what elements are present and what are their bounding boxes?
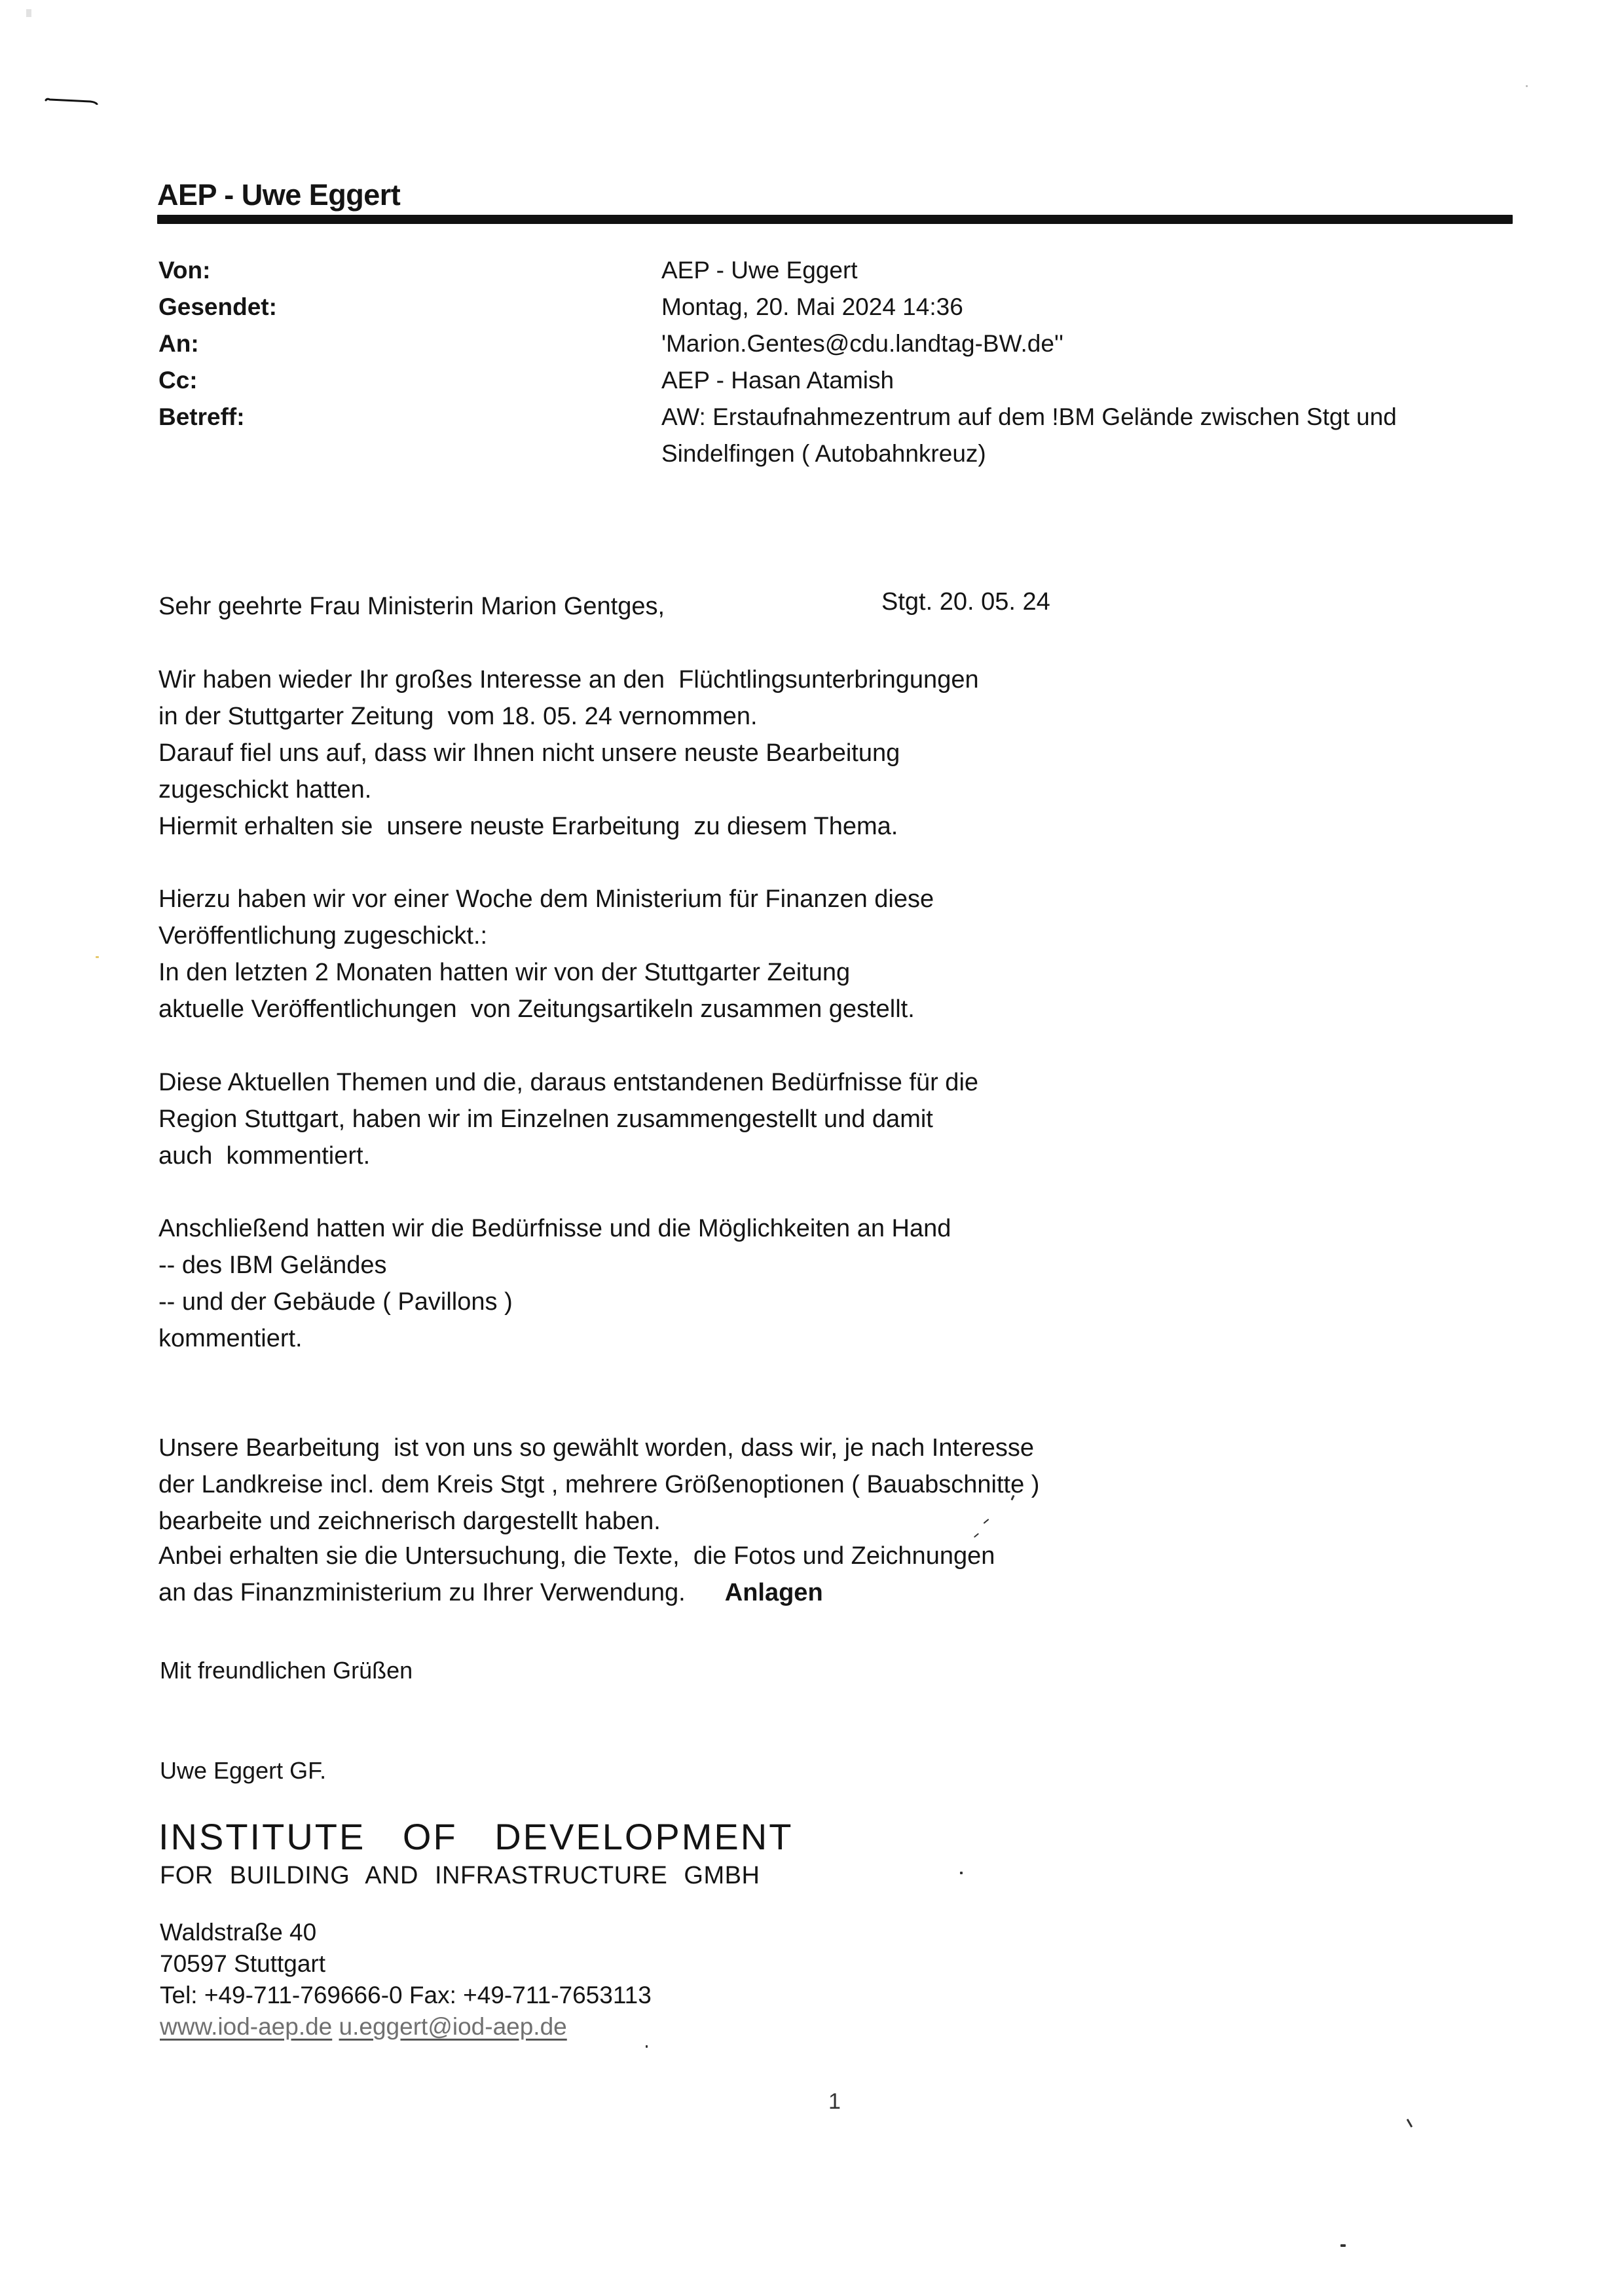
company-name: INSTITUTE OF DEVELOPMENT — [158, 1815, 793, 1858]
header-value-to: 'Marion.Gentes@cdu.landtag-BW.de'' — [661, 330, 1063, 358]
letter-paragraph: Anschließend hatten wir die Bedürfnisse … — [158, 1210, 951, 1357]
paragraph-line: Hierzu haben wir vor einer Woche dem Min… — [158, 881, 934, 917]
paragraph-line: Darauf fiel uns auf, dass wir Ihnen nich… — [158, 735, 979, 771]
paragraph-line: Veröffentlichung zugeschickt.: — [158, 917, 934, 954]
letter-salutation: Sehr geehrte Frau Ministerin Marion Gent… — [158, 588, 665, 625]
company-street: Waldstraße 40 — [160, 1917, 316, 1948]
paragraph-line: Unsere Bearbeitung ist von uns so gewähl… — [158, 1430, 1039, 1466]
scan-speck — [1340, 2244, 1346, 2247]
letter-signer: Uwe Eggert GF. — [160, 1757, 326, 1785]
paragraph-line: -- des IBM Geländes — [158, 1247, 951, 1284]
paragraph-line: Diese Aktuellen Themen und die, daraus e… — [158, 1064, 978, 1101]
header-label-to: An: — [158, 330, 199, 358]
header-label-from: Von: — [158, 257, 210, 284]
header-value-sent: Montag, 20. Mai 2024 14:36 — [661, 293, 963, 321]
scan-speck — [646, 2045, 648, 2048]
paragraph-line: kommentiert. — [158, 1320, 951, 1357]
paragraph-line: an das Finanzministerium zu Ihrer Verwen… — [158, 1574, 995, 1611]
paragraph-line: auch kommentiert. — [158, 1138, 978, 1174]
paragraph-line: Wir haben wieder Ihr großes Interesse an… — [158, 661, 979, 698]
company-links: www.iod-aep.de u.eggert@iod-aep.de — [160, 2011, 567, 2043]
email-sender-title: AEP - Uwe Eggert — [157, 178, 400, 212]
scan-speck — [1526, 85, 1528, 87]
paragraph-line: Anschließend hatten wir die Bedürfnisse … — [158, 1210, 951, 1247]
header-value-cc: AEP - Hasan Atamish — [661, 367, 894, 394]
header-label-sent: Gesendet: — [158, 293, 277, 321]
pen-scribble-mark — [45, 97, 100, 105]
paragraph-line: Anbei erhalten sie die Untersuchung, die… — [158, 1538, 995, 1574]
header-value-subject: AW: Erstaufnahmezentrum auf dem !BM Gelä… — [661, 403, 1397, 431]
letter-closing: Mit freundlichen Grüßen — [160, 1657, 413, 1684]
attachments-label: Anlagen — [725, 1579, 823, 1606]
email-link[interactable]: u.eggert@iod-aep.de — [339, 2013, 567, 2040]
paragraph-line: aktuelle Veröffentlichungen von Zeitungs… — [158, 991, 934, 1028]
scan-speck — [1407, 2119, 1413, 2128]
header-value-from: AEP - Uwe Eggert — [661, 257, 858, 284]
company-city: 70597 Stuttgart — [160, 1948, 325, 1980]
letter-paragraph: Hierzu haben wir vor einer Woche dem Min… — [158, 881, 934, 1028]
scan-speck — [960, 1872, 963, 1874]
company-phone-fax: Tel: +49-711-769666-0 Fax: +49-711-76531… — [160, 1980, 652, 2011]
header-value-subject-continued: Sindelfingen ( Autobahnkreuz) — [661, 440, 986, 468]
paragraph-line: der Landkreise incl. dem Kreis Stgt , me… — [158, 1466, 1039, 1503]
company-subtitle: FOR BUILDING AND INFRASTRUCTURE GMBH — [160, 1862, 760, 1890]
paragraph-line: zugeschickt hatten. — [158, 771, 979, 808]
letter-date-place: Stgt. 20. 05. 24 — [881, 588, 1050, 616]
title-divider — [157, 215, 1513, 224]
paragraph-line: bearbeite und zeichnerisch dargestellt h… — [158, 1503, 1039, 1540]
scan-artifact — [26, 9, 31, 17]
page-number: 1 — [828, 2089, 841, 2115]
letter-paragraph: Wir haben wieder Ihr großes Interesse an… — [158, 661, 979, 845]
paragraph-line: In den letzten 2 Monaten hatten wir von … — [158, 954, 934, 991]
header-label-cc: Cc: — [158, 367, 198, 394]
website-link[interactable]: www.iod-aep.de — [160, 2013, 332, 2040]
letter-paragraph: Unsere Bearbeitung ist von uns so gewähl… — [158, 1430, 1039, 1540]
letter-paragraph: Diese Aktuellen Themen und die, daraus e… — [158, 1064, 978, 1174]
scan-speck — [96, 956, 99, 958]
paragraph-line: Region Stuttgart, haben wir im Einzelnen… — [158, 1101, 978, 1138]
paragraph-line: in der Stuttgarter Zeitung vom 18. 05. 2… — [158, 698, 979, 735]
paragraph-line: Hiermit erhalten sie unsere neuste Erarb… — [158, 808, 979, 845]
header-label-subject: Betreff: — [158, 403, 245, 431]
paragraph-line: -- und der Gebäude ( Pavillons ) — [158, 1284, 951, 1320]
letter-paragraph: Anbei erhalten sie die Untersuchung, die… — [158, 1538, 995, 1611]
